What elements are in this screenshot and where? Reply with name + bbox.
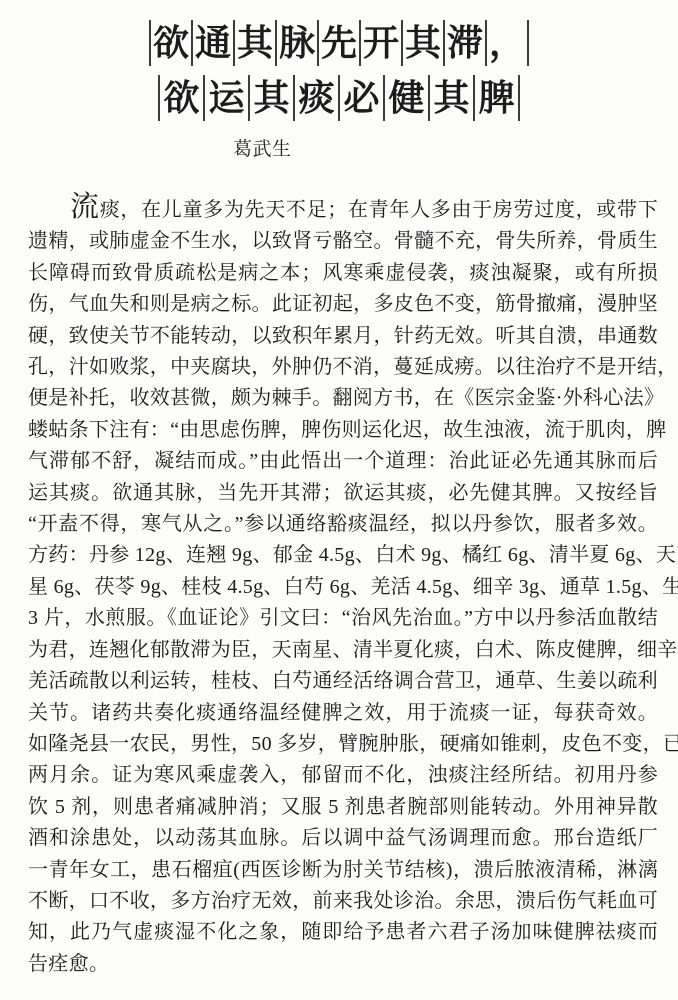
paragraph-lines: 遗精，或肺虚金不生水，以致肾亏骼空。骨髓不充，骨失所养，骨质生长障碍而致骨质疏松… bbox=[28, 226, 658, 980]
title-character: 其 bbox=[233, 20, 275, 66]
title-character: 脉 bbox=[275, 20, 317, 66]
text-line: 便是补托，收效甚微，颇为棘手。翻阅方书，在《医宗金鉴·外科心法》 bbox=[28, 383, 658, 414]
scanned-article-page: 欲通其脉先开其滞， 欲运其痰必健其脾 葛武生 流痰，在儿童多为先天不足；在青年人… bbox=[0, 0, 678, 1000]
title-character: 运 bbox=[203, 75, 248, 121]
text-line: 关节。诸药共奏化痰通络温经健脾之效，用于流痰一证，每获奇效。 bbox=[28, 698, 658, 729]
title-character: 滞 bbox=[443, 20, 485, 66]
article-body: 流痰，在儿童多为先天不足；在青年人多由于房劳过度，或带下 遗精，或肺虚金不生水，… bbox=[28, 193, 658, 980]
article-title-line-2: 欲运其痰必健其脾 bbox=[0, 75, 678, 121]
text-line: 为君，连翘化郁散滞为臣，天南星、清半夏化痰，白术、陈皮健脾，细辛、 bbox=[28, 635, 658, 666]
text-line: 知，此乃气虚痰湿不化之象，随即给予患者六君子汤加味健脾祛痰而 bbox=[28, 917, 658, 948]
text-line: 长障碍而致骨质疏松是病之本；风寒乘虚侵袭，痰浊凝聚，或有所损 bbox=[28, 258, 658, 289]
lead-character: 流 bbox=[70, 191, 100, 223]
title-character: 先 bbox=[317, 20, 359, 66]
title-character: 其 bbox=[401, 20, 443, 66]
title-character: 痰 bbox=[293, 75, 338, 121]
title-character: 通 bbox=[191, 20, 233, 66]
title-character: 脾 bbox=[473, 75, 520, 121]
title-character: 其 bbox=[428, 75, 473, 121]
text-line: 告痊愈。 bbox=[28, 949, 658, 980]
text-line: “开盍不得，寒气从之。”参以通络豁痰温经，拟以丹参饮，服者多效。 bbox=[28, 509, 658, 540]
text-line: 不断，口不收，多方治疗无效，前来我处诊治。余思，溃后伤气耗血可 bbox=[28, 886, 658, 917]
text-line: 孔，汁如败浆，中夹腐块，外肿仍不消，蔓延成痨。以往治疗不是开结， bbox=[28, 352, 658, 383]
text-line: 蝼蛄条下注有：“由思虑伤脾，脾伤则运化迟，故生浊液，流于肌肉，脾 bbox=[28, 415, 658, 446]
text-line: 运其痰。欲通其脉，当先开其滞；欲运其痰，必先健其脾。又按经旨 bbox=[28, 478, 658, 509]
text-line: 两月余。证为寒风乘虚袭入，郁留而不化，浊痰注经所结。初用丹参 bbox=[28, 760, 658, 791]
author-name: 葛武生 bbox=[0, 138, 678, 162]
title-character: 开 bbox=[359, 20, 401, 66]
title-character: 欲 bbox=[158, 75, 203, 121]
text-line: 气滞郁不舒，凝结而成。”由此悟出一个道理：治此证必先通其脉而后 bbox=[28, 446, 658, 477]
article-title-line-1: 欲通其脉先开其滞， bbox=[0, 20, 678, 66]
text-line: 星 6g、茯苓 9g、桂枝 4.5g、白芍 6g、羌活 4.5g、细辛 3g、通… bbox=[28, 572, 658, 603]
text-line: 3 片，水煎服。《血证论》引文曰：“治风先治血。”方中以丹参活血散结 bbox=[28, 603, 658, 634]
text-line: 一青年女工，患石榴疽(西医诊断为肘关节结核)，溃后脓液清稀，淋漓 bbox=[28, 855, 658, 886]
paragraph-first-line: 流痰，在儿童多为先天不足；在青年人多由于房劳过度，或带下 bbox=[28, 193, 658, 226]
text-line: 硬，致使关节不能转动，以致积年累月，针药无效。听其自溃，串通数 bbox=[28, 321, 658, 352]
first-line-text: 痰，在儿童多为先天不足；在青年人多由于房劳过度，或带下 bbox=[100, 199, 658, 221]
text-line: 如隆尧县一农民，男性，50 多岁，臂腕肿胀，硬痛如锥刺，皮色不变，已 bbox=[28, 729, 658, 760]
title-character: ， bbox=[485, 20, 529, 66]
text-line: 饮 5 剂，则患者痛减肿消；又服 5 剂患者腕部则能转动。外用神异散 bbox=[28, 792, 658, 823]
article-header: 欲通其脉先开其滞， 欲运其痰必健其脾 葛武生 bbox=[0, 20, 678, 162]
text-line: 羌活疏散以利运转，桂枝、白芍通经活络调合营卫，通草、生姜以疏利 bbox=[28, 666, 658, 697]
title-character: 其 bbox=[248, 75, 293, 121]
title-character: 欲 bbox=[149, 20, 191, 66]
title-character: 健 bbox=[383, 75, 428, 121]
text-line: 方药：丹参 12g、连翘 9g、郁金 4.5g、白术 9g、橘红 6g、清半夏 … bbox=[28, 540, 658, 571]
text-line: 伤，气血失和则是病之标。此证初起，多皮色不变，筋骨撤痛，漫肿坚 bbox=[28, 289, 658, 320]
text-line: 遗精，或肺虚金不生水，以致肾亏骼空。骨髓不充，骨失所养，骨质生 bbox=[28, 226, 658, 257]
text-line: 酒和涂患处，以动荡其血脉。后以调中益气汤调理而愈。邢台造纸厂 bbox=[28, 823, 658, 854]
title-character: 必 bbox=[338, 75, 383, 121]
